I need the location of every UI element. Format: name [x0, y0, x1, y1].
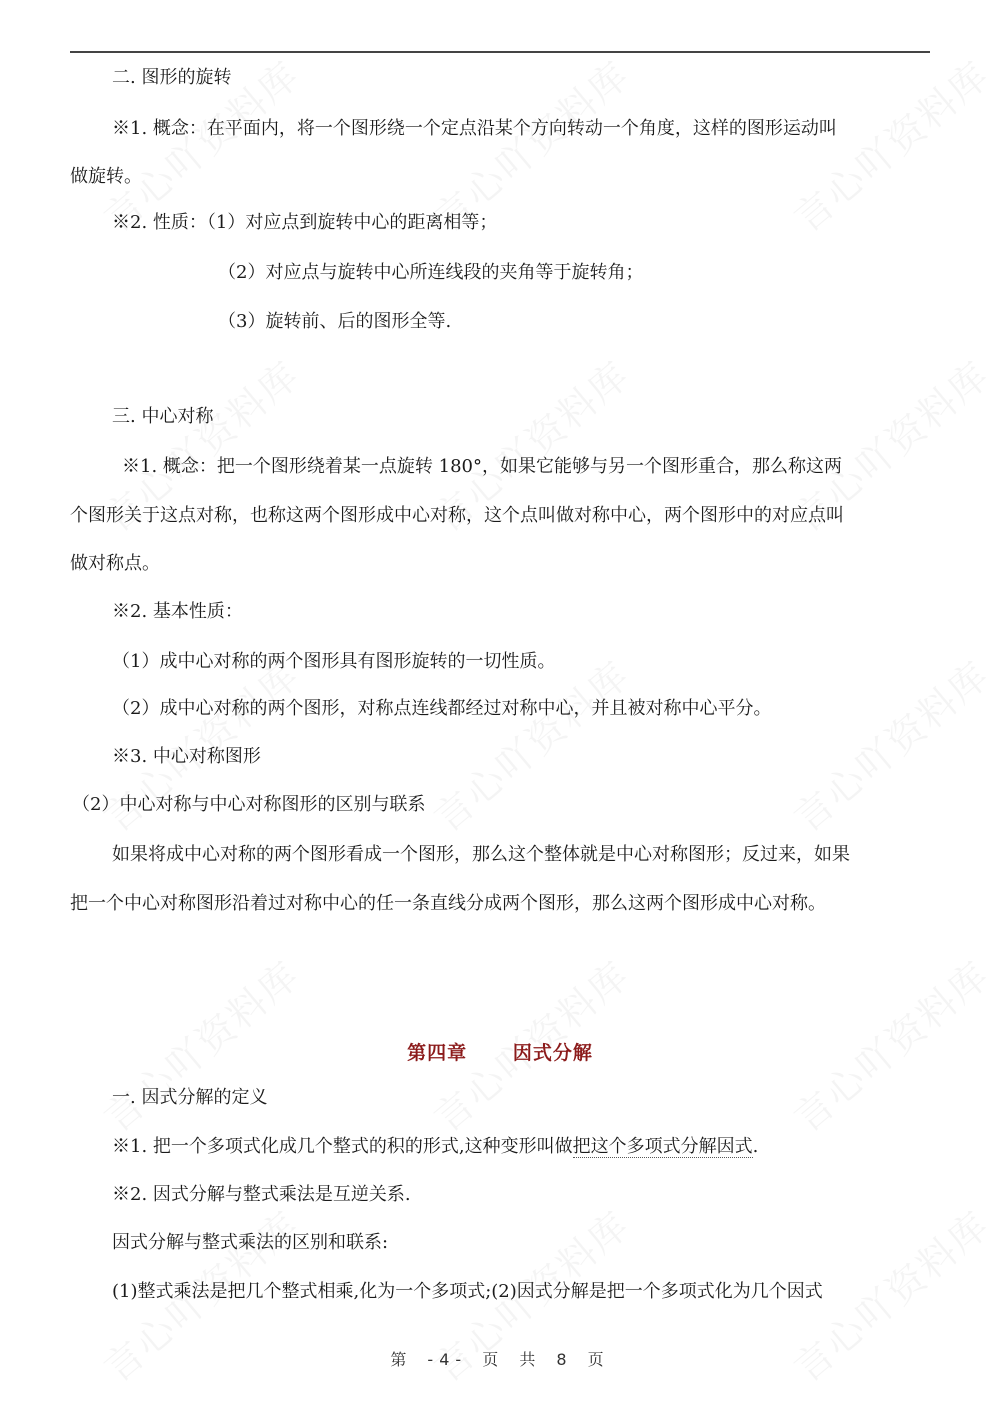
definition-1-period: .	[753, 1136, 759, 1157]
symmetry-concept-line3: 做对称点。	[70, 552, 160, 576]
symmetry-concept-line2: 个图形关于这点对称，也称这两个图形成中心对称，这个点叫做对称中心，两个图形中的对…	[70, 504, 844, 528]
relation-line1: (1)整式乘法是把几个整式相乘,化为一个多项式;(2)因式分解是把一个多项式化为…	[112, 1280, 823, 1304]
difference-line2: 把一个中心对称图形沿着过对称中心的任一条直线分成两个图形，那么这两个图形成中心对…	[70, 892, 826, 916]
difference-line1: 如果将成中心对称的两个图形看成一个图形，那么这个整体就是中心对称图形；反过来，如…	[112, 843, 850, 867]
basic-property-2: （2）成中心对称的两个图形，对称点连线都经过对称中心，并且被对称中心平分。	[112, 697, 771, 721]
document-page: 二. 图形的旋转 ※1. 概念：在平面内，将一个图形绕一个定点沿某个方向转动一个…	[0, 0, 1000, 1414]
definition-2: ※2. 因式分解与整式乘法是互逆关系.	[112, 1183, 411, 1207]
page-number-footer: 第 -4- 页 共 8 页	[0, 1347, 1000, 1370]
difference-heading: （2）中心对称与中心对称图形的区别与联系	[72, 793, 425, 817]
section-heading-central-symmetry: 三. 中心对称	[112, 405, 213, 429]
factorization-definition-heading: 一. 因式分解的定义	[112, 1086, 267, 1110]
chapter-title: 第四章 因式分解	[0, 1038, 1000, 1065]
basic-property-1: （1）成中心对称的两个图形具有图形旋转的一切性质。	[112, 650, 555, 674]
symmetric-figure-heading: ※3. 中心对称图形	[112, 745, 261, 769]
rotation-property-1: ※2. 性质：（1）对应点到旋转中心的距离相等；	[112, 211, 497, 235]
symmetry-concept-line1: ※1. 概念：把一个图形绕着某一点旋转 180°，如果它能够与另一个图形重合，那…	[122, 455, 842, 479]
rotation-property-3: （3）旋转前、后的图形全等.	[218, 310, 451, 334]
definition-1-emphasis: 把这个多项式分解因式	[573, 1136, 753, 1158]
basic-properties-heading: ※2. 基本性质：	[112, 600, 243, 624]
rotation-property-2: （2）对应点与旋转中心所连线段的夹角等于旋转角；	[218, 261, 643, 285]
definition-1-text: ※1. 把一个多项式化成几个整式的积的形式,这种变形叫做	[112, 1136, 573, 1157]
section-heading-rotation: 二. 图形的旋转	[112, 66, 231, 90]
relation-heading: 因式分解与整式乘法的区别和联系:	[112, 1231, 388, 1255]
header-rule	[70, 51, 930, 53]
definition-1: ※1. 把一个多项式化成几个整式的积的形式,这种变形叫做把这个多项式分解因式.	[112, 1135, 758, 1159]
rotation-concept-line1: ※1. 概念：在平面内，将一个图形绕一个定点沿某个方向转动一个角度，这样的图形运…	[112, 117, 837, 141]
rotation-concept-line2: 做旋转。	[70, 165, 142, 189]
